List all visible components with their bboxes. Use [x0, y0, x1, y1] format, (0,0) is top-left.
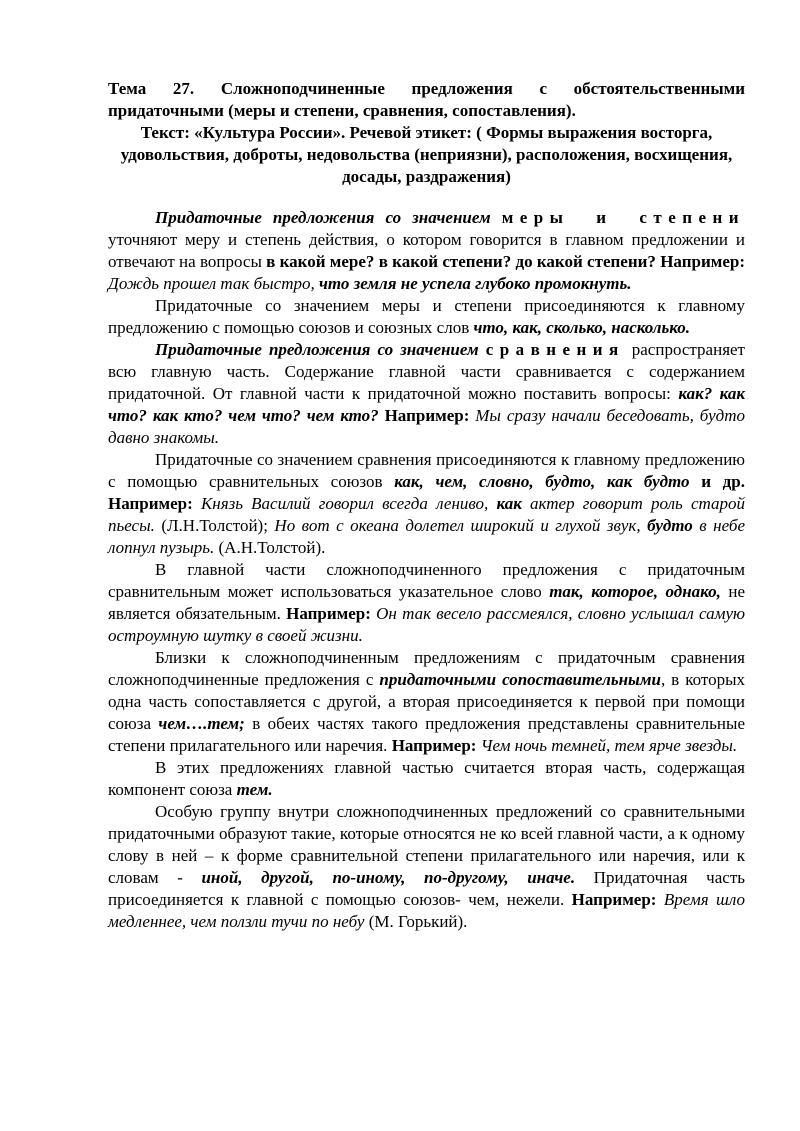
paragraph: В этих предложениях главной частью счита… [108, 757, 745, 801]
text-run: что земля не успела глубоко промокнуть. [319, 274, 632, 293]
text-run: Дождь прошел так быстро, [108, 274, 319, 293]
text-run: Например: [379, 406, 476, 425]
text-run: сравнения [486, 340, 625, 359]
text-run: Например: [392, 736, 481, 755]
paragraph: Придаточные предложения со значением сра… [108, 339, 745, 449]
paragraph: Придаточные со значением сравнения присо… [108, 449, 745, 559]
document-body: Придаточные предложения со значением мер… [108, 207, 745, 933]
paragraph: В главной части сложноподчиненного предл… [108, 559, 745, 647]
paragraph: Придаточные со значением меры и степени … [108, 295, 745, 339]
text-run: (А.Н.Толстой). [214, 538, 325, 557]
text-run: придаточными сопоставительными [379, 670, 661, 689]
text-run: Князь Василий говорил всегда лениво, [201, 494, 497, 513]
text-run: так, которое, однако, [549, 582, 721, 601]
text-run: В этих предложениях главной частью счита… [108, 758, 745, 799]
paragraph: Придаточные предложения со значением мер… [108, 207, 745, 295]
text-run: Например: [572, 890, 664, 909]
text-run: иной, другой, по-иному, по-другому, инач… [201, 868, 575, 887]
text-run: как [497, 494, 522, 513]
text-run: меры и степени [502, 208, 745, 227]
document-title: Тема 27. Сложноподчиненные предложения с… [108, 78, 745, 122]
text-run: тем. [237, 780, 273, 799]
text-run: в какой мере? в какой степени? до какой … [266, 252, 745, 271]
text-run: Чем ночь темней, тем ярче звезды. [481, 736, 737, 755]
text-run: (М. Горький). [369, 912, 468, 931]
paragraph: Особую группу внутри сложноподчиненных п… [108, 801, 745, 933]
text-run: что, как, сколько, насколько. [473, 318, 690, 337]
text-run: Например: [286, 604, 376, 623]
document-page: Тема 27. Сложноподчиненные предложения с… [0, 0, 800, 1131]
text-run: будто [647, 516, 693, 535]
text-run: Но вот с океана долетел широкий и глухой… [274, 516, 647, 535]
text-run: Придаточные предложения со значением [155, 340, 486, 359]
text-run: Придаточные предложения со значением [155, 208, 502, 227]
text-run: (Л.Н.Толстой); [155, 516, 275, 535]
text-run: как, чем, словно, будто, как будто [394, 472, 689, 491]
paragraph: Близки к сложноподчиненным предложениям … [108, 647, 745, 757]
text-run: чем….тем; [158, 714, 244, 733]
document-subtitle: Текст: «Культура России». Речевой этикет… [108, 122, 745, 188]
